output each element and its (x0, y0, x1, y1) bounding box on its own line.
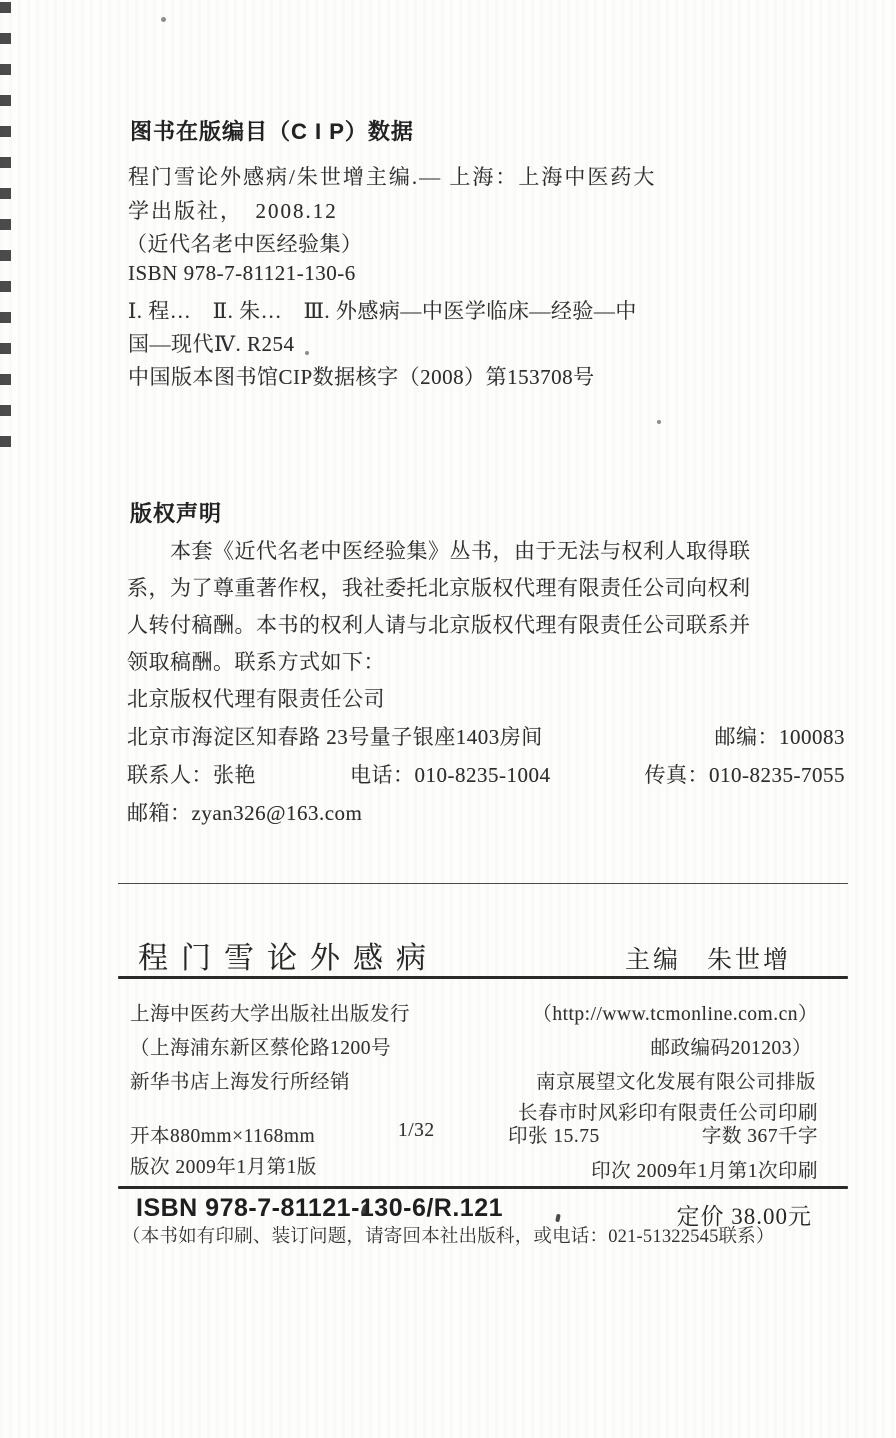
book-title: 程门雪论外感病 (138, 933, 439, 977)
print-sheets: 印张 15.75 (508, 1120, 600, 1148)
scan-speck (657, 420, 661, 424)
publisher-address-line: （上海浦东新区蔡伦路1200号 (130, 1032, 391, 1060)
agency-contact-row: 联系人：张艳 电话：010-8235-1004 传真：010-8235-7055 (127, 759, 845, 789)
cip-line: 程门雪论外感病/朱世增主编.— 上海：上海中医药大 (128, 161, 656, 191)
word-count: 字数 367千字 (702, 1120, 818, 1148)
copyright-heading: 版权声明 (130, 497, 222, 528)
format-ratio: 1/32 (398, 1120, 435, 1142)
distributor-line: 新华书店上海发行所经销 (130, 1066, 350, 1094)
cip-heading: 图书在版编目（C I P）数据 (130, 115, 414, 146)
scan-edge-dashes (0, 2, 11, 458)
contact-person: 联系人：张艳 (127, 759, 256, 789)
quality-note: （本书如有印刷、装订问题，请寄回本社出版科，或电话：021-51322545联系… (122, 1222, 775, 1248)
contact-email: 邮箱：zyan326@163.com (127, 797, 362, 827)
editor-label: 主编 (625, 947, 681, 974)
scanned-book-copyright-page: 图书在版编目（C I P）数据 程门雪论外感病/朱世增主编.— 上海：上海中医药… (0, 0, 896, 1438)
cip-line: 国—现代Ⅳ. R254 (128, 328, 295, 358)
edition-line: 版次 2009年1月第1版 (130, 1151, 317, 1179)
contact-fax: 传真：010-8235-7055 (645, 759, 846, 789)
typesetter-line: 南京展望文化发展有限公司排版 (536, 1066, 816, 1094)
cip-line: 学出版社， 2008.12 (128, 195, 338, 225)
editor-name: 朱世增 (707, 947, 791, 974)
copyright-paragraph-line: 领取稿酬。联系方式如下： (127, 646, 385, 676)
agency-address: 北京市海淀区知春路 23号量子银座1403房间 (127, 721, 543, 751)
colophon-top-rule (118, 883, 848, 884)
cip-line: ISBN 978-7-81121-130-6 (128, 261, 356, 286)
publisher-postcode-line: 邮政编码201203） (650, 1032, 812, 1060)
copyright-paragraph-line: 人转付稿酬。本书的权利人请与北京版权代理有限责任公司联系并 (127, 609, 751, 639)
agency-name: 北京版权代理有限责任公司 (127, 683, 385, 713)
cip-line: 中国版本图书馆CIP数据核字（2008）第153708号 (128, 361, 595, 391)
contact-phone: 电话：010-8235-1004 (350, 759, 551, 789)
colophon-title-rule (118, 976, 848, 979)
agency-address-row: 北京市海淀区知春路 23号量子银座1403房间 邮编：100083 (127, 721, 845, 751)
scan-speck (161, 17, 166, 22)
cip-line: Ⅰ. 程… Ⅱ. 朱… Ⅲ. 外感病—中医学临床—经验—中 (128, 295, 637, 325)
copyright-paragraph-line: 本套《近代名老中医经验集》丛书，由于无法与权利人取得联 (127, 535, 751, 565)
publisher-line: 上海中医药大学出版社出版发行 (130, 998, 410, 1026)
agency-postcode: 邮编：100083 (715, 721, 846, 751)
isbn-text: ISBN 978-7-81121-130-6/R.121 (136, 1194, 503, 1223)
copyright-paragraph-line: 系，为了尊重著作权，我社委托北京版权代理有限责任公司向权利 (127, 572, 751, 602)
website-line: （http://www.tcmonline.com.cn） (532, 998, 818, 1026)
impression-line: 印次 2009年1月第1次印刷 (591, 1155, 818, 1183)
colophon-bottom-rule (118, 1186, 848, 1189)
format-row: 开本880mm×1168mm 1/32 印张 15.75 字数 367千字 (130, 1120, 818, 1146)
editor-line: 主编朱世增 (625, 940, 791, 976)
scan-speck (305, 351, 309, 355)
format-size: 开本880mm×1168mm (130, 1120, 315, 1148)
cip-line: （近代名老中医经验集） (126, 228, 363, 258)
